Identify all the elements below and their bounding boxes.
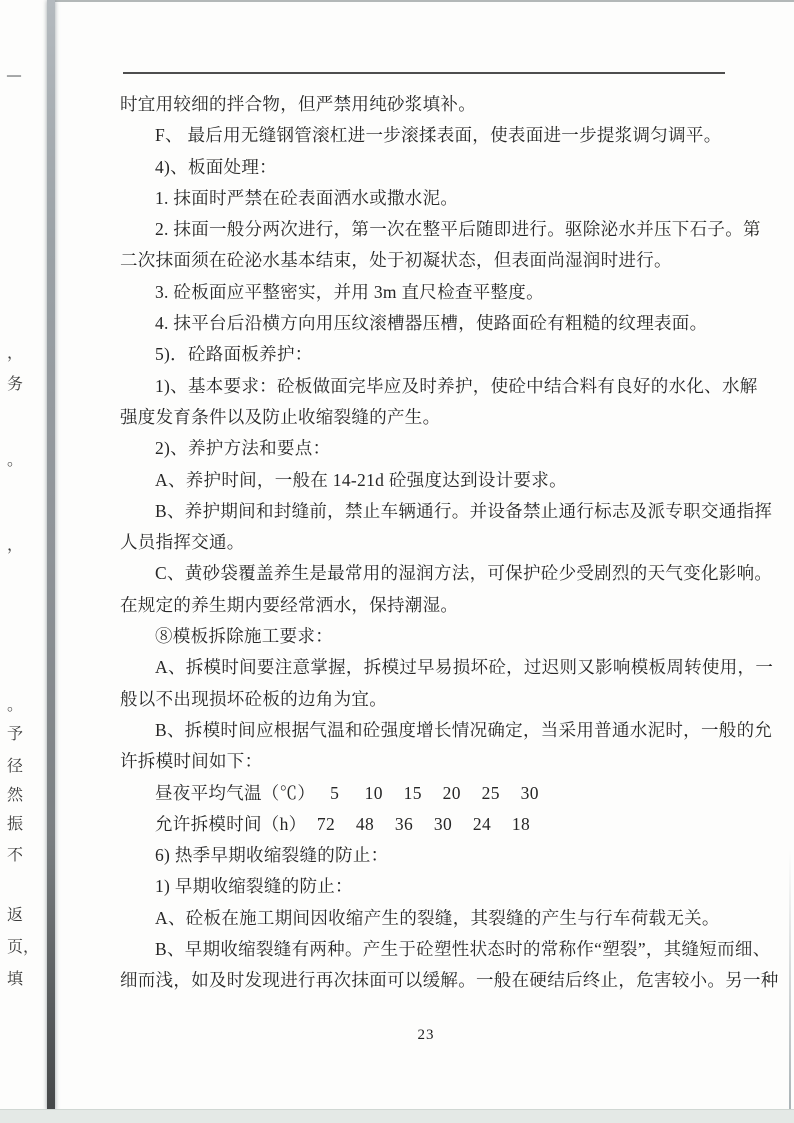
demold-table-value: 30 (510, 778, 549, 809)
body-text-line: A、拆模时间要注意掌握，拆模过早易损坏砼，过迟则又影响模板周转使用，一 (120, 652, 732, 683)
margin-fragment: ， (7, 345, 23, 363)
body-text-line: 1. 抹面时严禁在砼表面洒水或撒水泥。 (120, 183, 732, 214)
left-margin-fragments: —，务。，。予径然振不返页，填 (0, 0, 46, 1123)
margin-fragment: 不 (7, 847, 23, 865)
binding-shadow-stripe (47, 0, 55, 1111)
body-text-line: ⑧模板拆除施工要求： (120, 621, 732, 652)
scanned-document-page: —，务。，。予径然振不返页，填 时宜用较细的拌合物，但严禁用纯砂浆填补。F、 最… (0, 0, 794, 1123)
body-text-line: 时宜用较细的拌合物，但严禁用纯砂浆填补。 (120, 89, 732, 120)
body-text-line: B、早期收缩裂缝有两种。产生于砼塑性状态时的常称作“塑裂”，其缝短而细、 (120, 934, 732, 965)
body-text-line: 般以不出现损坏砼板的边角为宜。 (120, 684, 732, 715)
scan-top-edge (55, 0, 794, 2)
demold-table-label: 允许拆模时间（h） (155, 814, 306, 834)
body-text-line: B、养护期间和封缝前，禁止车辆通行。并设备禁止通行标志及派专职交通指挥 (120, 496, 732, 527)
margin-fragment: 填 (7, 971, 23, 989)
body-text-line: 4)、板面处理： (120, 152, 732, 183)
body-text-line: 2. 抹面一般分两次进行，第一次在整平后随即进行。驱除泌水并压下石子。第 (120, 214, 732, 245)
body-text-line: F、 最后用无缝钢管滚杠进一步滚揉表面，使表面进一步提浆调匀调平。 (120, 120, 732, 151)
demold-table-value: 30 (423, 809, 462, 840)
body-text-line: 6) 热季早期收缩裂缝的防止： (120, 840, 732, 871)
demold-table-row: 昼夜平均气温（℃）51015202530 (120, 778, 732, 809)
body-text-line: 1)、基本要求：砼板做面完毕应及时养护，使砼中结合料有良好的水化、水解 (120, 371, 732, 402)
demold-table-value: 10 (354, 778, 393, 809)
demold-table-value: 5 (315, 778, 354, 809)
margin-fragment: 。 (7, 452, 23, 470)
demold-table-value: 15 (393, 778, 432, 809)
body-text-line: 2)、养护方法和要点： (120, 433, 732, 464)
margin-fragment: 返 (7, 907, 23, 925)
margin-fragment: — (7, 67, 21, 85)
body-text-line: 在规定的养生期内要经常洒水，保持潮湿。 (120, 590, 732, 621)
margin-fragment: 予 (7, 726, 23, 744)
demold-table-value: 48 (345, 809, 384, 840)
margin-fragment: 振 (7, 816, 23, 834)
body-text-line: 人员指挥交通。 (120, 527, 732, 558)
demold-table-value: 24 (462, 809, 501, 840)
demold-table-value: 72 (306, 809, 345, 840)
demold-table-value: 36 (384, 809, 423, 840)
body-text-line: A、砼板在施工期间因收缩产生的裂缝，其裂缝的产生与行车荷载无关。 (120, 903, 732, 934)
body-text-line: A、养护时间，一般在 14-21d 砼强度达到设计要求。 (120, 465, 732, 496)
margin-fragment: 页， (7, 939, 39, 957)
margin-fragment: 。 (7, 697, 23, 715)
body-text-line: 1) 早期收缩裂缝的防止： (120, 871, 732, 902)
demold-table-value: 20 (432, 778, 471, 809)
body-text-line: 二次抹面须在砼泌水基本结束，处于初凝状态，但表面尚湿润时进行。 (120, 245, 732, 276)
demold-table-value: 18 (501, 809, 540, 840)
demold-table-label: 昼夜平均气温（℃） (155, 783, 315, 803)
scan-bottom-band (0, 1109, 794, 1123)
header-rule (123, 72, 725, 74)
body-text-line: B、拆模时间应根据气温和砼强度增长情况确定，当采用普通水泥时，一般的允 (120, 715, 732, 746)
margin-fragment: 然 (7, 787, 23, 805)
margin-fragment: 务 (7, 376, 23, 394)
body-text-line: 强度发育条件以及防止收缩裂缝的产生。 (120, 402, 732, 433)
document-body: 时宜用较细的拌合物，但严禁用纯砂浆填补。F、 最后用无缝钢管滚杠进一步滚揉表面，… (120, 89, 732, 997)
body-text-line: 4. 抹平台后沿横方向用压纹滚槽器压槽，使路面砼有粗糙的纹理表面。 (120, 308, 732, 339)
body-text-line: 许拆模时间如下： (120, 746, 732, 777)
demold-table-value: 25 (471, 778, 510, 809)
body-text-line: 5)．砼路面板养护： (120, 339, 732, 370)
body-text-line: 细而浅，如及时发现进行再次抹面可以缓解。一般在硬结后终止，危害较小。另一种 (120, 965, 732, 996)
scan-right-edge (789, 850, 791, 1110)
body-text-line: C、黄砂袋覆盖养生是最常用的湿润方法，可保护砼少受剧烈的天气变化影响。 (120, 558, 732, 589)
margin-fragment: ， (7, 537, 23, 555)
margin-fragment: 径 (7, 758, 23, 776)
body-text-line: 3. 砼板面应平整密实，并用 3m 直尺检查平整度。 (120, 277, 732, 308)
page-number: 23 (120, 1027, 732, 1044)
demold-table-row: 允许拆模时间（h）724836302418 (120, 809, 732, 840)
